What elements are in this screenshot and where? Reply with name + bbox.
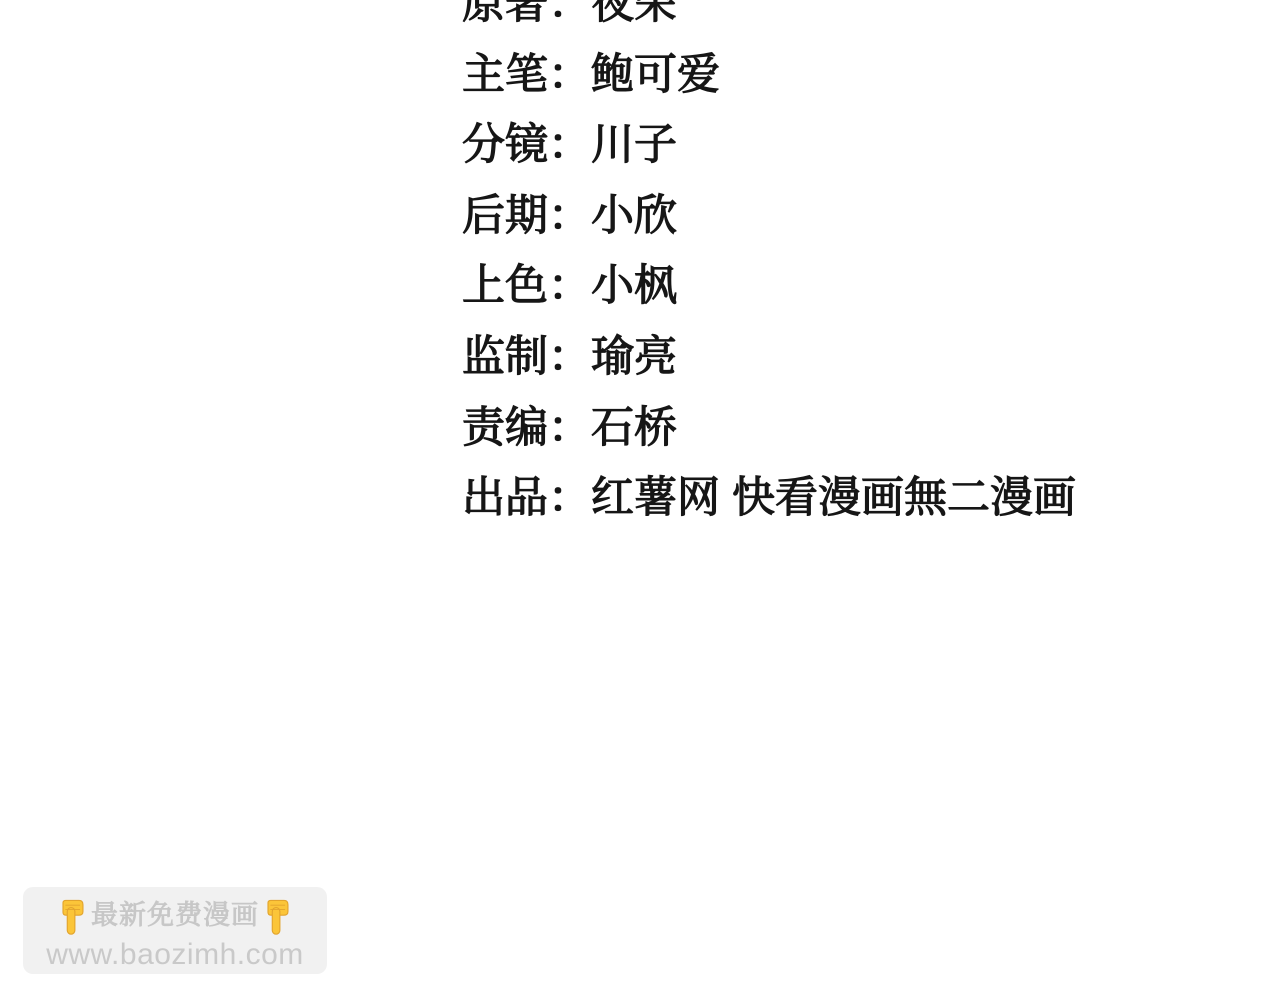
credit-colon: ： [548,251,591,322]
credit-role-label: 主笔 [462,51,548,99]
credit-row-post-production: 后期：小欣 [462,181,1076,252]
credit-role-label: 原著 [462,0,548,28]
credit-role-label: 责编 [462,404,548,452]
credit-role-label: 上色 [462,262,548,310]
credit-row-lead-artist: 主笔：鲍可爱 [462,40,1076,111]
credit-colon: ： [548,393,591,464]
credit-colon: ： [548,181,591,252]
credit-name: 小枫 [591,262,677,310]
watermark-url: www.baozimh.com [23,938,327,972]
pointing-down-emoji [264,899,291,937]
watermark-headline: 最新免费漫画 [23,893,327,937]
credit-name: 瑜亮 [591,333,677,381]
watermark-headline-text: 最新免费漫画 [91,899,259,931]
credit-name: 鲍可爱 [591,51,720,99]
credit-name: 红薯网 快看漫画無二漫画 [591,474,1076,522]
credit-row-original-author: 原著：夜荣 [462,0,1076,40]
credit-role-label: 后期 [462,192,548,240]
credit-role-label: 出品 [462,474,548,522]
credit-row-coloring: 上色：小枫 [462,251,1076,322]
credit-name: 川子 [591,121,677,169]
credit-role-label: 监制 [462,333,548,381]
credit-row-storyboard: 分镜：川子 [462,110,1076,181]
watermark-box: 最新免费漫画 www.baozimh.com [23,887,327,974]
credit-colon: ： [548,40,591,111]
pointing-down-emoji [59,899,86,937]
credit-colon: ： [548,463,591,534]
credits-block: 原著：夜荣 主笔：鲍可爱 分镜：川子 后期：小欣 上色：小枫 监制：瑜亮 责编：… [462,0,1076,534]
credit-colon: ： [548,322,591,393]
credit-name: 小欣 [591,192,677,240]
credit-role-label: 分镜 [462,121,548,169]
credit-row-producer: 出品：红薯网 快看漫画無二漫画 [462,463,1076,534]
credit-colon: ： [548,0,591,40]
credit-colon: ： [548,110,591,181]
credit-row-editor: 责编：石桥 [462,393,1076,464]
comic-page: 原著：夜荣 主笔：鲍可爱 分镜：川子 后期：小欣 上色：小枫 监制：瑜亮 责编：… [0,0,1280,999]
credit-row-supervisor: 监制：瑜亮 [462,322,1076,393]
credit-name: 夜荣 [591,0,677,28]
credit-name: 石桥 [591,404,677,452]
